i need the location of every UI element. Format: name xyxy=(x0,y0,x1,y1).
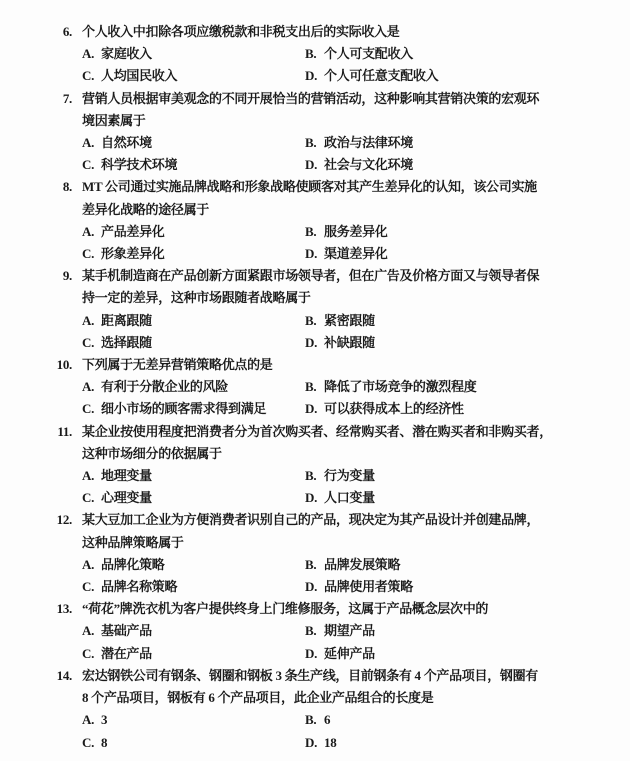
option-label: B. xyxy=(305,376,324,398)
option-text: 地理变量 xyxy=(101,465,152,487)
option-c: C.潜在产品 xyxy=(82,643,305,665)
option-text: 潜在产品 xyxy=(101,643,152,665)
question-text-line: “荷花”牌洗衣机为客户提供终身上门维修服务，这属于产品概念层次中的 xyxy=(82,598,630,620)
option-c: C.人均国民收入 xyxy=(82,65,305,87)
question-number: 12. xyxy=(0,509,72,531)
option-row: C.人均国民收入D.个人可任意支配收入 xyxy=(82,65,630,87)
option-text: 8 xyxy=(101,732,107,754)
question-body: 营销人员根据审美观念的不同开展恰当的营销活动，这种影响其营销决策的宏观环境因素属… xyxy=(82,88,630,177)
option-text: 基础产品 xyxy=(101,620,152,642)
option-text: 品牌名称策略 xyxy=(101,576,177,598)
option-label: D. xyxy=(305,65,324,87)
option-b: B.行为变量 xyxy=(305,465,375,487)
option-label: B. xyxy=(305,221,324,243)
option-label: A. xyxy=(82,709,101,731)
option-text: 心理变量 xyxy=(101,487,152,509)
question-number: 6. xyxy=(0,21,72,43)
option-text: 科学技术环境 xyxy=(101,154,177,176)
option-text: 品牌化策略 xyxy=(101,554,165,576)
option-b: B.降低了市场竞争的激烈程度 xyxy=(305,376,476,398)
question-text-line: 某手机制造商在产品创新方面紧跟市场领导者，但在广告及价格方面又与领导者保 xyxy=(82,265,630,287)
option-label: D. xyxy=(305,643,324,665)
question-number: 7. xyxy=(0,88,72,110)
option-text: 品牌发展策略 xyxy=(324,554,400,576)
question-item: 8.MT 公司通过实施品牌战略和形象战略使顾客对其产生差异化的认知，该公司实施差… xyxy=(0,176,630,265)
question-item: 13.“荷花”牌洗衣机为客户提供终身上门维修服务，这属于产品概念层次中的A.基础… xyxy=(0,598,630,665)
option-b: B.政治与法律环境 xyxy=(305,132,413,154)
question-text-line: 某企业按使用程度把消费者分为首次购买者、经常购买者、潜在购买者和非购买者， xyxy=(82,421,630,443)
option-d: D.18 xyxy=(305,732,336,754)
question-number: 14. xyxy=(0,665,72,687)
option-c: C.选择跟随 xyxy=(82,332,305,354)
option-text: 个人可支配收入 xyxy=(324,43,413,65)
option-b: B.品牌发展策略 xyxy=(305,554,400,576)
option-row: A.品牌化策略B.品牌发展策略 xyxy=(82,554,630,576)
option-text: 服务差异化 xyxy=(324,221,388,243)
option-label: B. xyxy=(305,43,324,65)
question-text-line: 持一定的差异，这种市场跟随者战略属于 xyxy=(82,287,630,309)
option-text: 行为变量 xyxy=(324,465,375,487)
option-label: C. xyxy=(82,154,101,176)
option-b: B.期望产品 xyxy=(305,620,375,642)
question-text-line: 这种品牌策略属于 xyxy=(82,532,630,554)
option-b: B.服务差异化 xyxy=(305,221,388,243)
option-label: C. xyxy=(82,643,101,665)
question-item: 12.某大豆加工企业为方便消费者识别自己的产品，现决定为其产品设计并创建品牌，这… xyxy=(0,509,630,598)
option-text: 18 xyxy=(324,732,336,754)
question-item: 7.营销人员根据审美观念的不同开展恰当的营销活动，这种影响其营销决策的宏观环境因… xyxy=(0,88,630,177)
option-c: C.品牌名称策略 xyxy=(82,576,305,598)
option-row: A.基础产品B.期望产品 xyxy=(82,620,630,642)
option-d: D.补缺跟随 xyxy=(305,332,375,354)
option-label: A. xyxy=(82,376,101,398)
exam-paper-page: 6.个人收入中扣除各项应缴税款和非税支出后的实际收入是A.家庭收入B.个人可支配… xyxy=(0,0,630,761)
option-a: A.地理变量 xyxy=(82,465,305,487)
question-body: 宏达钢铁公司有钢条、钢圈和钢板 3 条生产线，目前钢条有 4 个产品项目，钢圈有… xyxy=(82,665,630,754)
question-item: 6.个人收入中扣除各项应缴税款和非税支出后的实际收入是A.家庭收入B.个人可支配… xyxy=(0,21,630,88)
option-label: C. xyxy=(82,576,101,598)
question-body: MT 公司通过实施品牌战略和形象战略使顾客对其产生差异化的认知，该公司实施差异化… xyxy=(82,176,630,265)
option-label: D. xyxy=(305,732,324,754)
option-row: A.有利于分散企业的风险B.降低了市场竞争的激烈程度 xyxy=(82,376,630,398)
option-label: C. xyxy=(82,243,101,265)
option-row: A.产品差异化B.服务差异化 xyxy=(82,221,630,243)
question-text-line: 某大豆加工企业为方便消费者识别自己的产品，现决定为其产品设计并创建品牌， xyxy=(82,509,630,531)
question-item: 9.某手机制造商在产品创新方面紧跟市场领导者，但在广告及价格方面又与领导者保持一… xyxy=(0,265,630,354)
option-row: A.3B.6 xyxy=(82,709,630,731)
option-label: C. xyxy=(82,65,101,87)
option-label: B. xyxy=(305,310,324,332)
question-text-line: 境因素属于 xyxy=(82,110,630,132)
question-number: 11. xyxy=(0,421,72,443)
question-text-line: MT 公司通过实施品牌战略和形象战略使顾客对其产生差异化的认知，该公司实施 xyxy=(82,176,630,198)
option-label: A. xyxy=(82,132,101,154)
option-d: D.可以获得成本上的经济性 xyxy=(305,398,464,420)
option-label: A. xyxy=(82,43,101,65)
option-text: 人口变量 xyxy=(324,487,375,509)
option-label: A. xyxy=(82,465,101,487)
option-a: A.基础产品 xyxy=(82,620,305,642)
option-a: A.家庭收入 xyxy=(82,43,305,65)
option-text: 产品差异化 xyxy=(101,221,165,243)
option-text: 有利于分散企业的风险 xyxy=(101,376,228,398)
option-text: 补缺跟随 xyxy=(324,332,375,354)
option-c: C.心理变量 xyxy=(82,487,305,509)
option-d: D.人口变量 xyxy=(305,487,375,509)
option-row: C.心理变量D.人口变量 xyxy=(82,487,630,509)
option-d: D.个人可任意支配收入 xyxy=(305,65,438,87)
option-label: B. xyxy=(305,620,324,642)
option-text: 可以获得成本上的经济性 xyxy=(324,398,464,420)
option-row: C.科学技术环境D.社会与文化环境 xyxy=(82,154,630,176)
option-a: A.自然环境 xyxy=(82,132,305,154)
question-number: 13. xyxy=(0,598,72,620)
option-text: 渠道差异化 xyxy=(324,243,388,265)
option-label: C. xyxy=(82,732,101,754)
option-row: C.潜在产品D.延伸产品 xyxy=(82,643,630,665)
option-label: A. xyxy=(82,554,101,576)
option-text: 距离跟随 xyxy=(101,310,152,332)
option-row: C.形象差异化D.渠道差异化 xyxy=(82,243,630,265)
option-b: B.6 xyxy=(305,709,330,731)
question-number: 9. xyxy=(0,265,72,287)
option-a: A.3 xyxy=(82,709,305,731)
option-d: D.品牌使用者策略 xyxy=(305,576,413,598)
option-row: A.地理变量B.行为变量 xyxy=(82,465,630,487)
option-text: 社会与文化环境 xyxy=(324,154,413,176)
question-text-line: 8 个产品项目，钢板有 6 个产品项目，此企业产品组合的长度是 xyxy=(82,687,630,709)
question-item: 14.宏达钢铁公司有钢条、钢圈和钢板 3 条生产线，目前钢条有 4 个产品项目，… xyxy=(0,665,630,754)
option-row: C.品牌名称策略D.品牌使用者策略 xyxy=(82,576,630,598)
option-label: D. xyxy=(305,398,324,420)
option-label: D. xyxy=(305,576,324,598)
option-text: 期望产品 xyxy=(324,620,375,642)
option-label: A. xyxy=(82,620,101,642)
option-a: A.品牌化策略 xyxy=(82,554,305,576)
option-d: D.渠道差异化 xyxy=(305,243,388,265)
option-text: 人均国民收入 xyxy=(101,65,177,87)
question-body: 某大豆加工企业为方便消费者识别自己的产品，现决定为其产品设计并创建品牌，这种品牌… xyxy=(82,509,630,598)
option-c: C.科学技术环境 xyxy=(82,154,305,176)
option-text: 3 xyxy=(101,709,107,731)
option-label: D. xyxy=(305,332,324,354)
option-c: C.形象差异化 xyxy=(82,243,305,265)
option-label: D. xyxy=(305,243,324,265)
option-a: A.产品差异化 xyxy=(82,221,305,243)
option-a: A.距离跟随 xyxy=(82,310,305,332)
option-text: 细小市场的顾客需求得到满足 xyxy=(101,398,266,420)
question-text-line: 差异化战略的途径属于 xyxy=(82,199,630,221)
question-item: 11.某企业按使用程度把消费者分为首次购买者、经常购买者、潜在购买者和非购买者，… xyxy=(0,421,630,510)
option-label: A. xyxy=(82,310,101,332)
question-item: 10.下列属于无差异营销策略优点的是A.有利于分散企业的风险B.降低了市场竞争的… xyxy=(0,354,630,421)
option-text: 形象差异化 xyxy=(101,243,165,265)
option-text: 紧密跟随 xyxy=(324,310,375,332)
option-label: C. xyxy=(82,332,101,354)
option-row: A.距离跟随B.紧密跟随 xyxy=(82,310,630,332)
option-text: 政治与法律环境 xyxy=(324,132,413,154)
question-text-line: 宏达钢铁公司有钢条、钢圈和钢板 3 条生产线，目前钢条有 4 个产品项目，钢圈有 xyxy=(82,665,630,687)
option-label: A. xyxy=(82,221,101,243)
option-row: C.选择跟随D.补缺跟随 xyxy=(82,332,630,354)
question-body: 某企业按使用程度把消费者分为首次购买者、经常购买者、潜在购买者和非购买者，这种市… xyxy=(82,421,630,510)
option-b: B.紧密跟随 xyxy=(305,310,375,332)
option-label: B. xyxy=(305,709,324,731)
question-body: 个人收入中扣除各项应缴税款和非税支出后的实际收入是A.家庭收入B.个人可支配收入… xyxy=(82,21,630,88)
option-text: 6 xyxy=(324,709,330,731)
option-label: C. xyxy=(82,487,101,509)
question-text-line: 这种市场细分的依据属于 xyxy=(82,443,630,465)
option-row: C.细小市场的顾客需求得到满足D.可以获得成本上的经济性 xyxy=(82,398,630,420)
question-number: 10. xyxy=(0,354,72,376)
option-b: B.个人可支配收入 xyxy=(305,43,413,65)
question-text-line: 个人收入中扣除各项应缴税款和非税支出后的实际收入是 xyxy=(82,21,630,43)
question-list: 6.个人收入中扣除各项应缴税款和非税支出后的实际收入是A.家庭收入B.个人可支配… xyxy=(0,21,630,754)
option-a: A.有利于分散企业的风险 xyxy=(82,376,305,398)
option-text: 延伸产品 xyxy=(324,643,375,665)
option-text: 个人可任意支配收入 xyxy=(324,65,438,87)
question-body: “荷花”牌洗衣机为客户提供终身上门维修服务，这属于产品概念层次中的A.基础产品B… xyxy=(82,598,630,665)
option-label: C. xyxy=(82,398,101,420)
option-text: 降低了市场竞争的激烈程度 xyxy=(324,376,476,398)
option-row: A.家庭收入B.个人可支配收入 xyxy=(82,43,630,65)
option-label: B. xyxy=(305,554,324,576)
option-d: D.延伸产品 xyxy=(305,643,375,665)
option-c: C.8 xyxy=(82,732,305,754)
option-label: B. xyxy=(305,132,324,154)
option-label: D. xyxy=(305,487,324,509)
option-d: D.社会与文化环境 xyxy=(305,154,413,176)
option-text: 品牌使用者策略 xyxy=(324,576,413,598)
option-text: 自然环境 xyxy=(101,132,152,154)
option-label: D. xyxy=(305,154,324,176)
option-text: 选择跟随 xyxy=(101,332,152,354)
option-row: C.8D.18 xyxy=(82,732,630,754)
question-body: 下列属于无差异营销策略优点的是A.有利于分散企业的风险B.降低了市场竞争的激烈程… xyxy=(82,354,630,421)
question-text-line: 下列属于无差异营销策略优点的是 xyxy=(82,354,630,376)
option-row: A.自然环境B.政治与法律环境 xyxy=(82,132,630,154)
question-body: 某手机制造商在产品创新方面紧跟市场领导者，但在广告及价格方面又与领导者保持一定的… xyxy=(82,265,630,354)
question-text-line: 营销人员根据审美观念的不同开展恰当的营销活动，这种影响其营销决策的宏观环 xyxy=(82,88,630,110)
question-number: 8. xyxy=(0,176,72,198)
option-label: B. xyxy=(305,465,324,487)
option-c: C.细小市场的顾客需求得到满足 xyxy=(82,398,305,420)
option-text: 家庭收入 xyxy=(101,43,152,65)
